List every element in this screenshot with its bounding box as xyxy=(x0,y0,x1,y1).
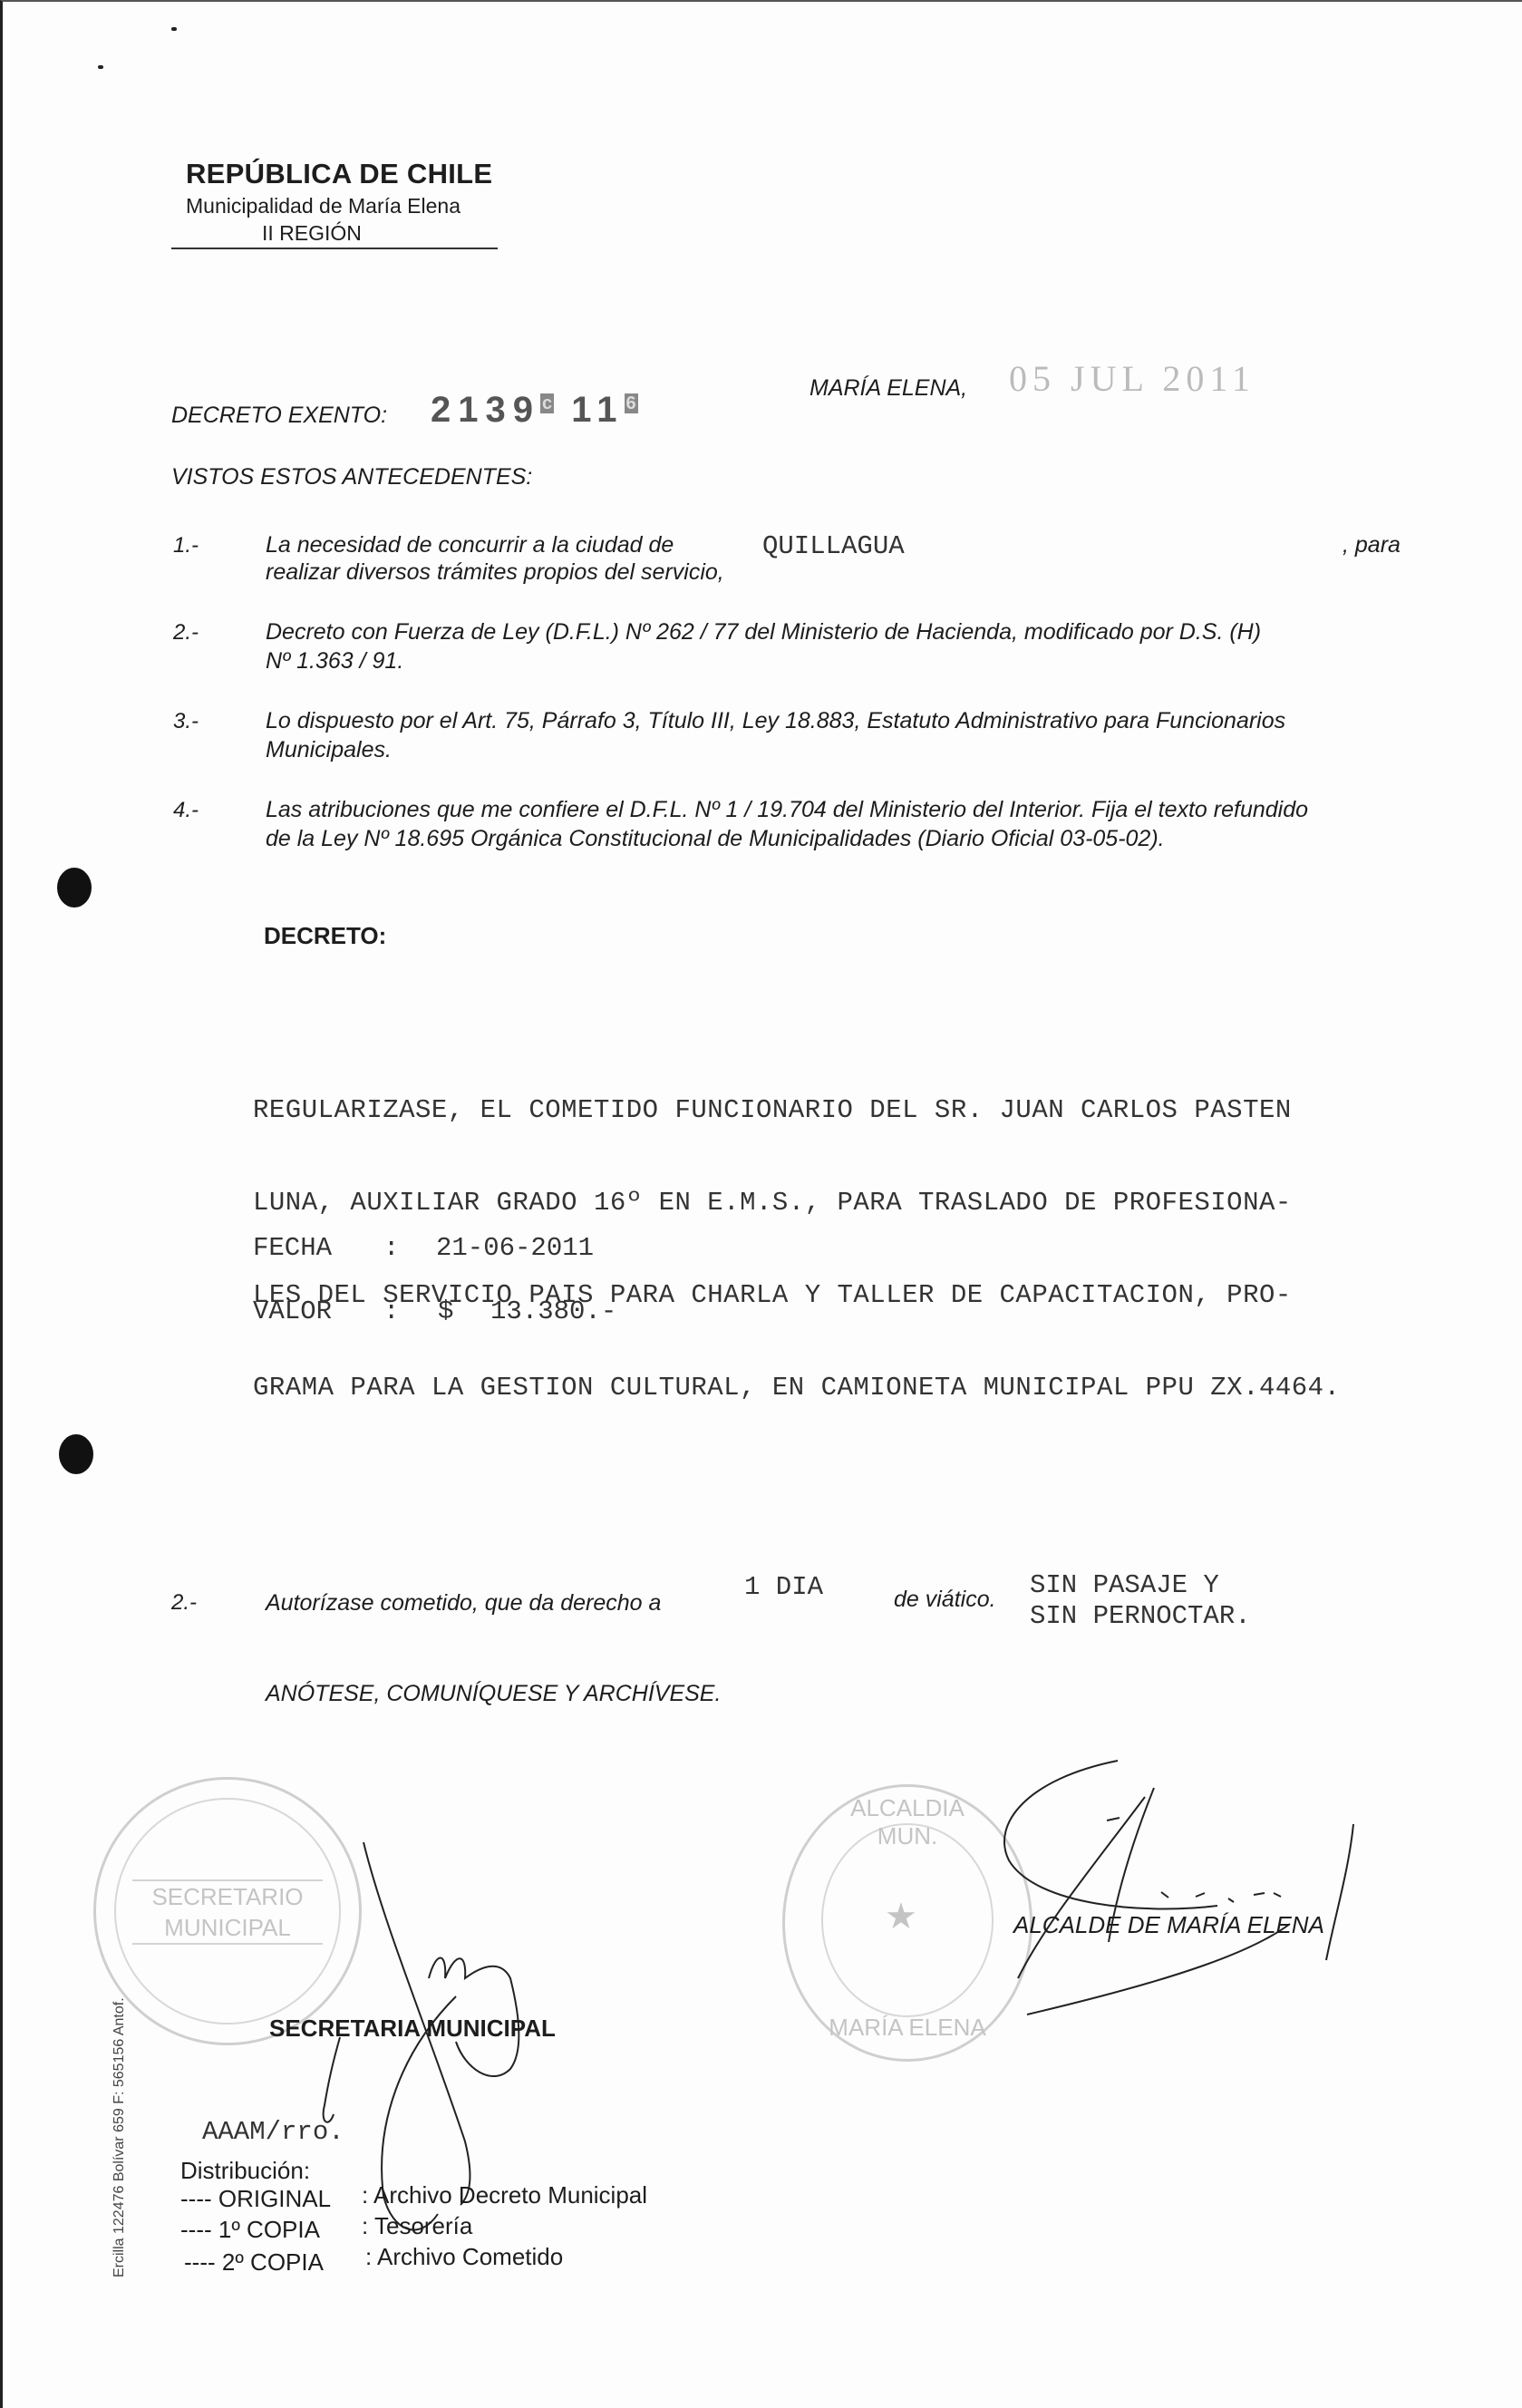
alcalde-title: ALCALDE DE MARÍA ELENA xyxy=(1013,1911,1324,1939)
distribution-copy: ---- 2º COPIA xyxy=(184,2248,324,2277)
distribution-destination: : Tesorería xyxy=(362,2212,472,2240)
document-page: REPÚBLICA DE CHILE Municipalidad de Marí… xyxy=(0,0,1522,2408)
printer-imprint: Ercilla 122476 Bolívar 659 F: 565156 Ant… xyxy=(111,1997,128,2277)
secretaria-title: SECRETARIA MUNICIPAL xyxy=(269,2015,556,2043)
distribution-copy: ---- 1º COPIA xyxy=(180,2216,320,2244)
distribution-destination: : Archivo Cometido xyxy=(365,2243,563,2271)
typist-initials: AAAM/rro. xyxy=(202,2117,344,2147)
distribution-destination: : Archivo Decreto Municipal xyxy=(362,2181,647,2209)
distribution-copy: ---- ORIGINAL xyxy=(180,2185,331,2213)
distribution-heading: Distribución: xyxy=(180,2157,310,2185)
handwritten-signatures xyxy=(3,2,1522,2408)
